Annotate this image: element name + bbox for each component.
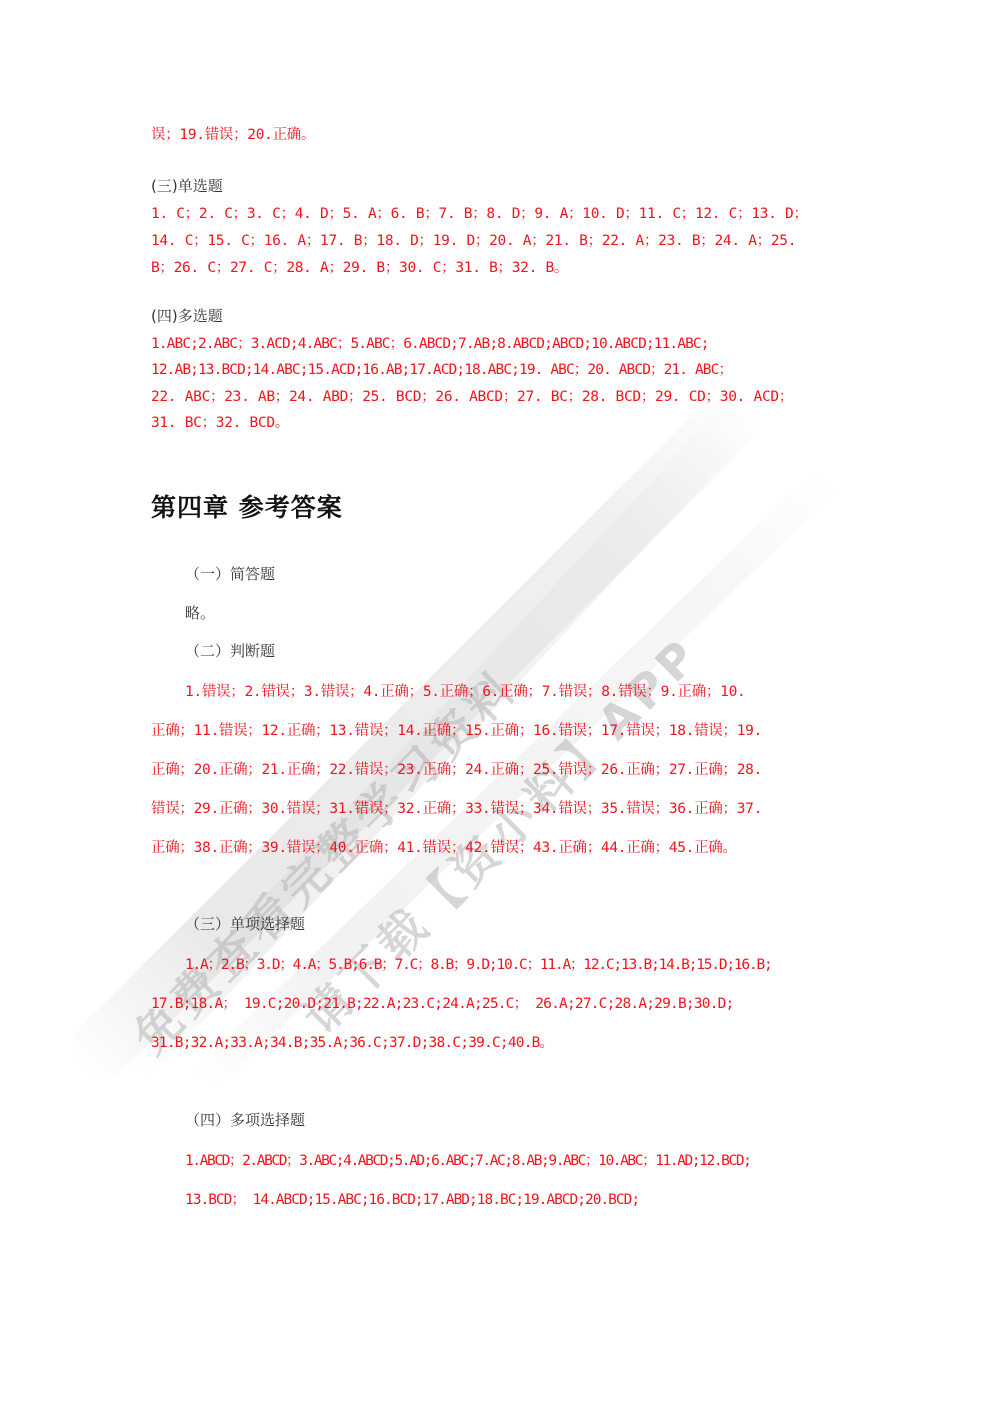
- answer-line: 1.ABCD；2.ABCD；3.ABC;4.ABCD;5.AD;6.ABC;7.…: [185, 1149, 750, 1170]
- document-content: 误；19.错误；20.正确。 (三)单选题 1. C；2. C；3. C；4. …: [0, 0, 993, 1404]
- answer-line: 12.AB;13.BCD;14.ABC;15.ACD;16.AB;17.ACD;…: [151, 358, 732, 379]
- single-choice-heading: （三）单项选择题: [185, 913, 305, 934]
- chapter-title: 第四章 参考答案: [151, 488, 343, 524]
- multi-choice-heading: (四)多选题: [151, 305, 223, 326]
- document-page: 免费查看完整学习资料 请下载【资小料】APP 误；19.错误；20.正确。 (三…: [0, 0, 993, 1404]
- short-answer-body: 略。: [185, 602, 215, 623]
- answer-line: 正确；20.正确；21.正确；22.错误；23.正确；24.正确；25.错误；2…: [151, 758, 762, 779]
- single-choice-heading: (三)单选题: [151, 175, 223, 196]
- answer-line: B；26. C；27. C；28. A；29. B；30. C；31. B；32…: [151, 256, 568, 277]
- answer-line: 17.B;18.A； 19.C;20.D;21.B;22.A;23.C;24.A…: [151, 992, 733, 1013]
- answer-line: 13.BCD； 14.ABCD;15.ABC;16.BCD;17.ABD;18.…: [185, 1188, 639, 1209]
- answer-line: 1.错误；2.错误；3.错误；4.正确；5.正确；6.正确；7.错误；8.错误；…: [185, 680, 745, 701]
- answer-line: 31. BC；32. BCD。: [151, 411, 289, 432]
- answer-line: 错误；29.正确；30.错误；31.错误；32.正确；33.错误；34.错误；3…: [151, 797, 762, 818]
- answer-line: 22. ABC；23. AB；24. ABD；25. BCD；26. ABCD；…: [151, 385, 793, 406]
- judgment-tail: 误；19.错误；20.正确。: [151, 123, 315, 144]
- short-answer-heading: （一）简答题: [185, 563, 275, 584]
- answer-line: 14. C；15. C；16. A；17. B；18. D；19. D；20. …: [151, 229, 796, 250]
- answer-line: 1.ABC;2.ABC；3.ACD;4.ABC；5.ABC；6.ABCD;7.A…: [151, 332, 709, 353]
- judgment-heading: （二）判断题: [185, 640, 275, 661]
- answer-line: 1.A；2.B；3.D；4.A；5.B;6.B；7.C；8.B；9.D;10.C…: [185, 953, 772, 974]
- answer-line: 31.B;32.A;33.A;34.B;35.A;36.C;37.D;38.C;…: [151, 1031, 553, 1052]
- multi-choice-heading: （四）多项选择题: [185, 1109, 305, 1130]
- answer-line: 正确；11.错误；12.正确；13.错误；14.正确；15.正确；16.错误；1…: [151, 719, 762, 740]
- answer-line: 正确；38.正确；39.错误；40.正确；41.错误；42.错误；43.正确；4…: [151, 836, 737, 857]
- answer-line: 1. C；2. C；3. C；4. D；5. A；6. B；7. B；8. D；…: [151, 202, 808, 223]
